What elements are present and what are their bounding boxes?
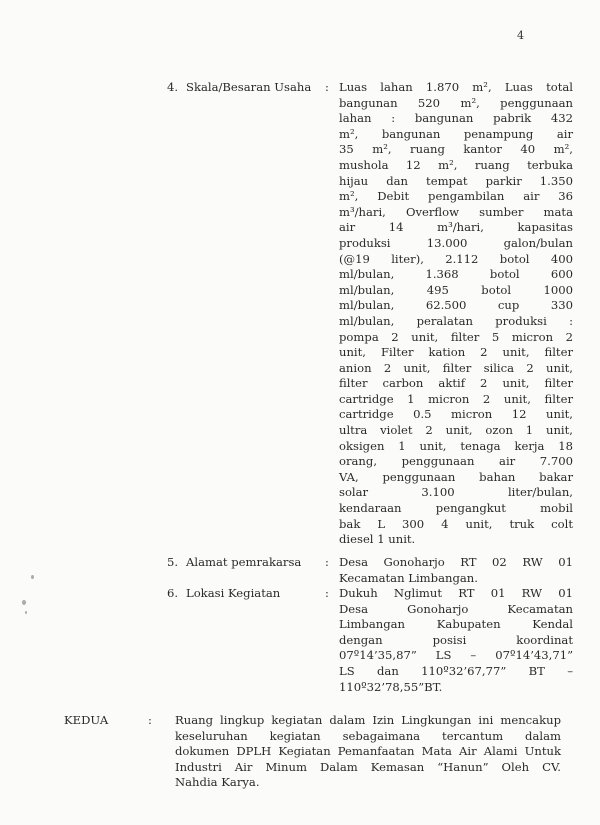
item-label: Alamat pemrakarsa bbox=[186, 555, 301, 571]
item-colon: : bbox=[325, 586, 329, 602]
value-line: Kecamatan Limbangan. bbox=[339, 571, 573, 587]
text-line: Nahdia Karya. bbox=[175, 775, 561, 791]
value-line: air 14 m³/hari, kapasitas bbox=[339, 220, 573, 236]
value-line: oksigen 1 unit, tenaga kerja 18 bbox=[339, 439, 573, 455]
value-line: orang, penggunaan air 7.700 bbox=[339, 454, 573, 470]
value-line: m³/hari, Overflow sumber mata bbox=[339, 205, 573, 221]
section-colon: : bbox=[148, 713, 152, 729]
scan-speck bbox=[31, 575, 34, 579]
value-line: ultra violet 2 unit, ozon 1 unit, bbox=[339, 423, 573, 439]
value-line: m², Debit pengambilan air 36 bbox=[339, 189, 573, 205]
value-line: bak L 300 4 unit, truk colt bbox=[339, 517, 573, 533]
value-line: dengan posisi koordinat bbox=[339, 633, 573, 649]
item-colon: : bbox=[325, 80, 329, 96]
value-line: ml/bulan, 1.368 botol 600 bbox=[339, 267, 573, 283]
value-line: pompa 2 unit, filter 5 micron 2 bbox=[339, 330, 573, 346]
item-label: Lokasi Kegiatan bbox=[186, 586, 280, 602]
value-line: lahan : bangunan pabrik 432 bbox=[339, 111, 573, 127]
value-line: diesel 1 unit. bbox=[339, 532, 573, 548]
page-number: 4 bbox=[517, 29, 524, 42]
value-line: unit, Filter kation 2 unit, filter bbox=[339, 345, 573, 361]
item-number: 5. bbox=[167, 555, 178, 571]
item-value: Dukuh Nglimut RT 01 RW 01 Desa Gonoharjo… bbox=[339, 586, 573, 695]
item-number: 4. bbox=[167, 80, 178, 96]
item-number: 6. bbox=[167, 586, 178, 602]
value-line: 07º14’35,87” LS – 07º14’43,71” bbox=[339, 648, 573, 664]
value-line: ml/bulan, 495 botol 1000 bbox=[339, 283, 573, 299]
text-line: dokumen DPLH Kegiatan Pemanfaatan Mata A… bbox=[175, 744, 561, 760]
item-label: Skala/Besaran Usaha bbox=[186, 80, 311, 96]
value-line: LS dan 110º32’67,77” BT – bbox=[339, 664, 573, 680]
text-line: Industri Air Minum Dalam Kemasan “Hanun”… bbox=[175, 760, 561, 776]
value-line: m², bangunan penampung air bbox=[339, 127, 573, 143]
value-line: hijau dan tempat parkir 1.350 bbox=[339, 174, 573, 190]
value-line: Luas lahan 1.870 m², Luas total bbox=[339, 80, 573, 96]
text-line: Ruang lingkup kegiatan dalam Izin Lingku… bbox=[175, 713, 561, 729]
value-line: ml/bulan, 62.500 cup 330 bbox=[339, 298, 573, 314]
value-line: Desa Gonoharjo RT 02 RW 01 bbox=[339, 555, 573, 571]
section-label: KEDUA bbox=[64, 713, 108, 729]
item-colon: : bbox=[325, 555, 329, 571]
value-line: Limbangan Kabupaten Kendal bbox=[339, 617, 573, 633]
value-line: bangunan 520 m², penggunaan bbox=[339, 96, 573, 112]
value-line: Dukuh Nglimut RT 01 RW 01 bbox=[339, 586, 573, 602]
item-value: Desa Gonoharjo RT 02 RW 01 Kecamatan Lim… bbox=[339, 555, 573, 586]
scan-speck bbox=[22, 600, 26, 605]
item-value: Luas lahan 1.870 m², Luas total bangunan… bbox=[339, 80, 573, 548]
value-line: solar 3.100 liter/bulan, bbox=[339, 485, 573, 501]
value-line: mushola 12 m², ruang terbuka bbox=[339, 158, 573, 174]
section-text: Ruang lingkup kegiatan dalam Izin Lingku… bbox=[175, 713, 561, 791]
value-line: cartridge 0.5 micron 12 unit, bbox=[339, 407, 573, 423]
value-line: ml/bulan, peralatan produksi : bbox=[339, 314, 573, 330]
value-line: 110º32’78,55”BT. bbox=[339, 680, 573, 696]
value-line: filter carbon aktif 2 unit, filter bbox=[339, 376, 573, 392]
value-line: 35 m², ruang kantor 40 m², bbox=[339, 142, 573, 158]
value-line: kendaraan pengangkut mobil bbox=[339, 501, 573, 517]
text-line: keseluruhan kegiatan sebagaimana tercant… bbox=[175, 729, 561, 745]
value-line: Desa Gonoharjo Kecamatan bbox=[339, 602, 573, 618]
value-line: VA, penggunaan bahan bakar bbox=[339, 470, 573, 486]
value-line: cartridge 1 micron 2 unit, filter bbox=[339, 392, 573, 408]
value-line: (@19 liter), 2.112 botol 400 bbox=[339, 252, 573, 268]
value-line: produksi 13.000 galon/bulan bbox=[339, 236, 573, 252]
value-line: anion 2 unit, filter silica 2 unit, bbox=[339, 361, 573, 377]
scan-speck bbox=[25, 611, 27, 614]
